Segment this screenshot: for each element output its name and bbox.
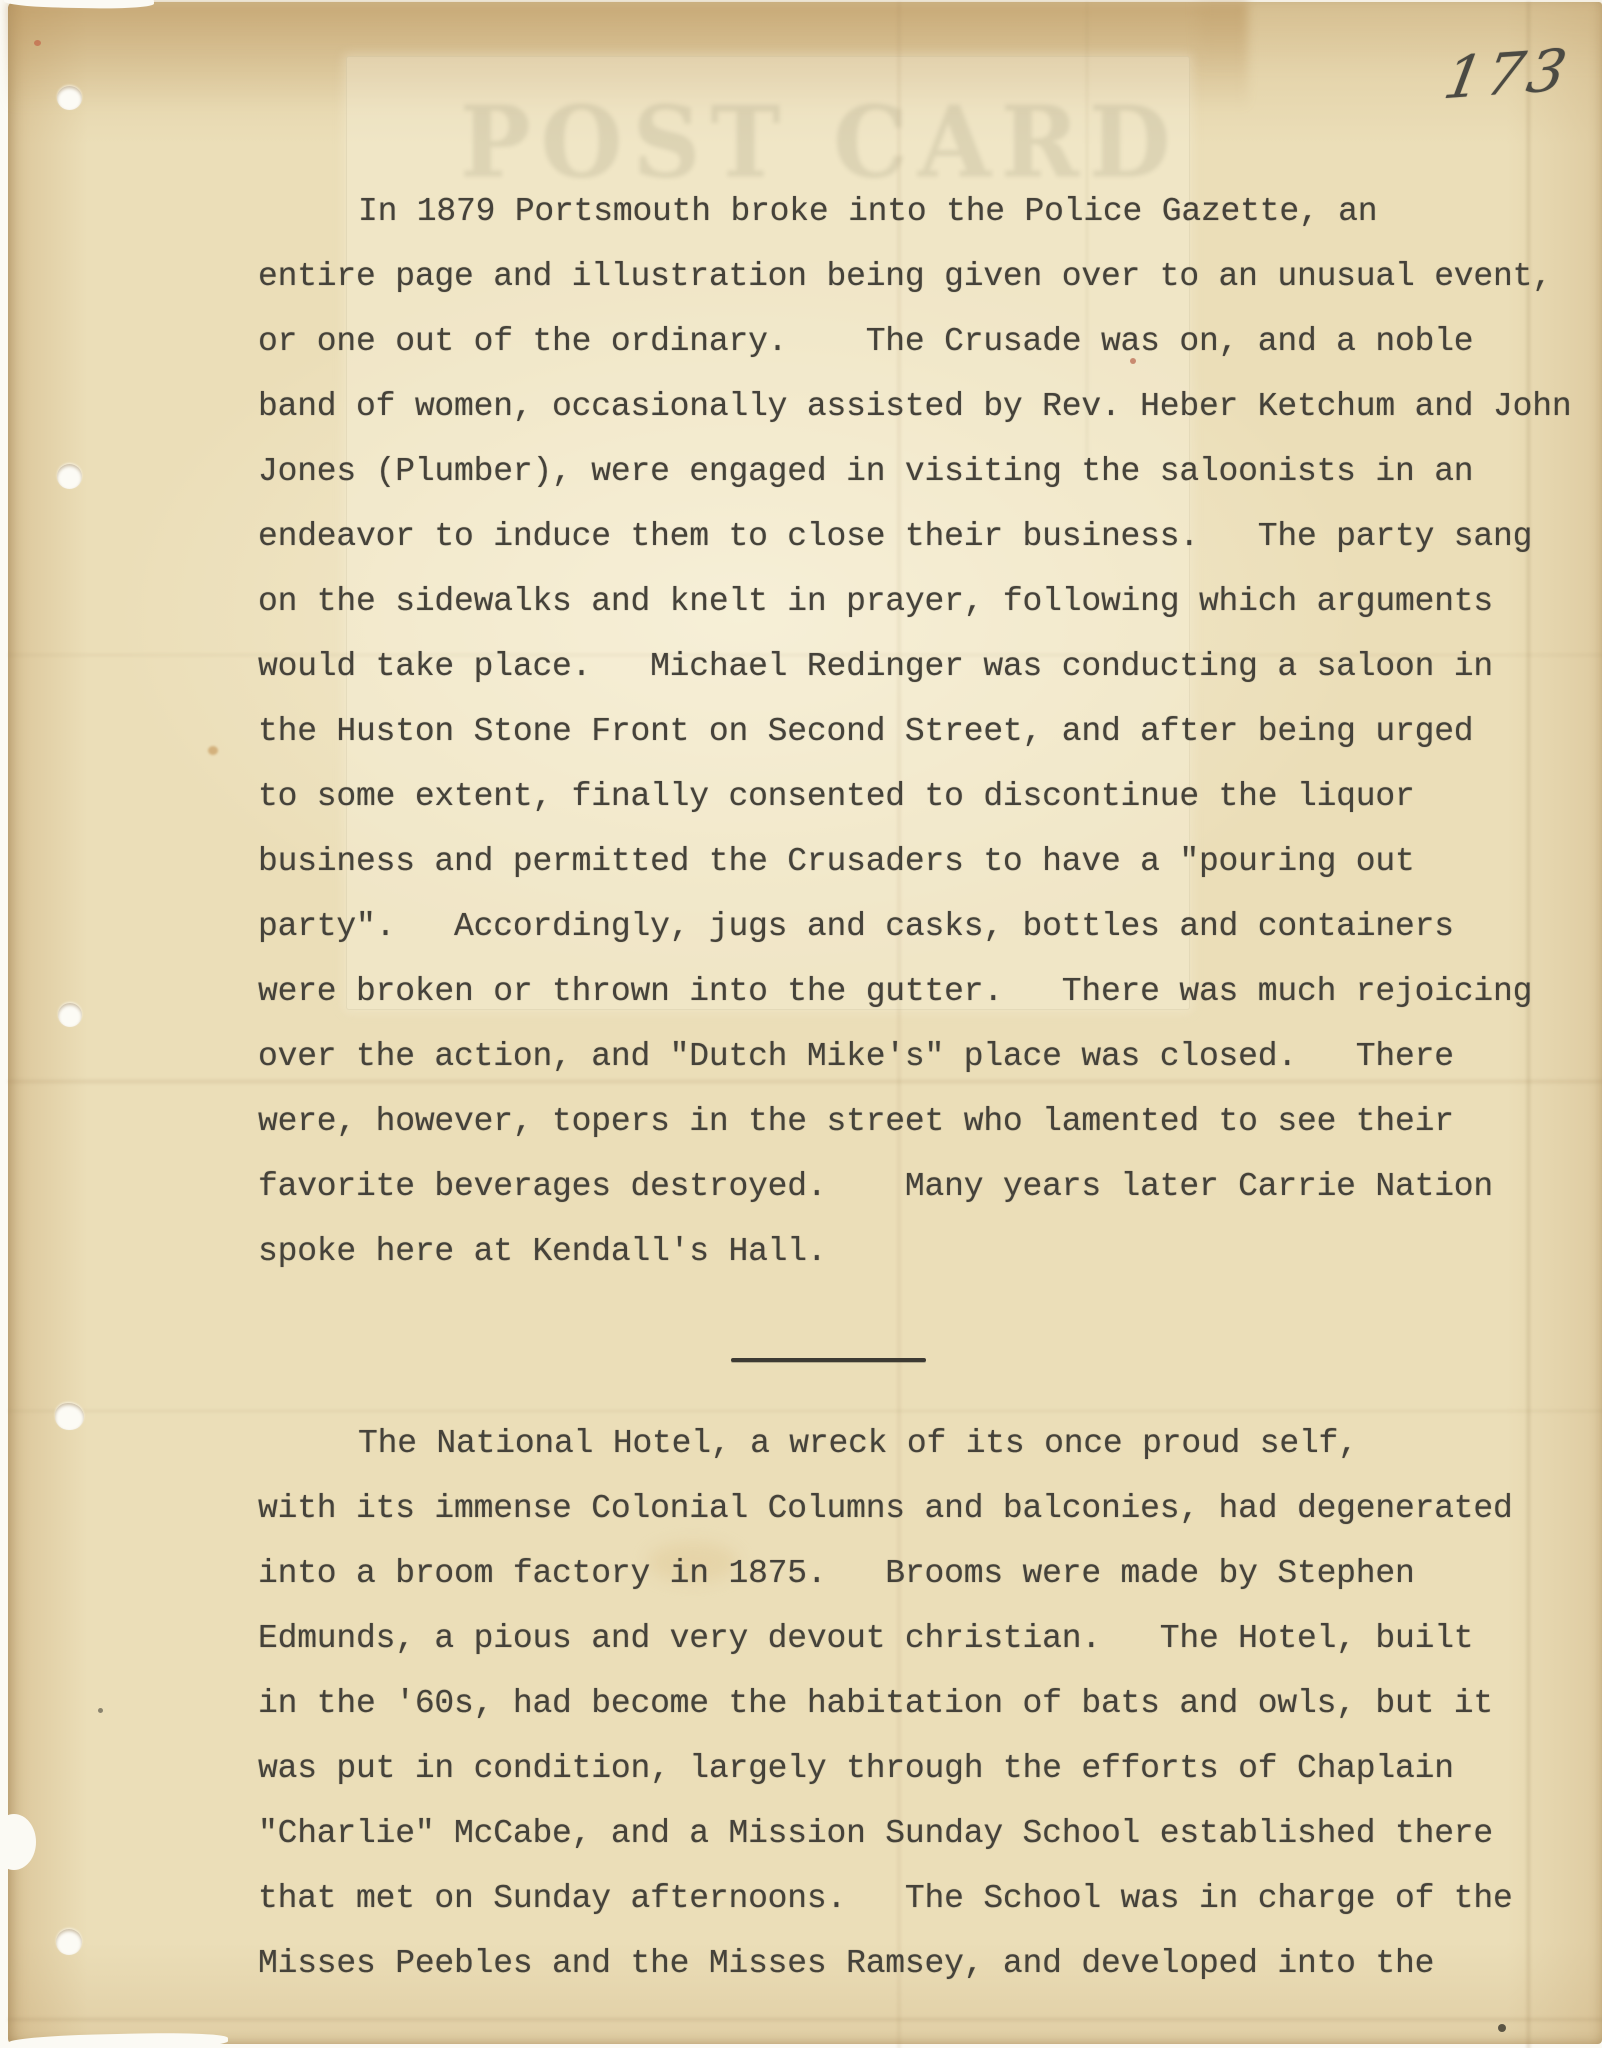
typed-line: were broken or thrown into the gutter. T…: [258, 959, 1571, 1024]
typed-line: would take place. Michael Redinger was c…: [258, 634, 1571, 699]
typed-line: entire page and illustration being given…: [258, 244, 1571, 309]
punch-hole-5: [56, 1929, 82, 1955]
typed-line: the Huston Stone Front on Second Street,…: [258, 699, 1571, 764]
dark-speck: [98, 1708, 103, 1713]
typed-line: were, however, topers in the street who …: [258, 1089, 1571, 1154]
typed-line: with its immense Colonial Columns and ba…: [258, 1476, 1513, 1541]
typed-line: was put in condition, largely through th…: [258, 1736, 1513, 1801]
typed-line: Misses Peebles and the Misses Ramsey, an…: [258, 1931, 1513, 1996]
typed-line: In 1879 Portsmouth broke into the Police…: [258, 179, 1571, 244]
red-speck-top-left: [34, 40, 41, 46]
page-number-handwritten: 173: [1439, 36, 1576, 112]
dark-ink-fleck: [1498, 2024, 1506, 2032]
typed-line: into a broom factory in 1875. Brooms wer…: [258, 1541, 1513, 1606]
torn-edge-notch: [0, 1814, 36, 1870]
punch-hole-4: [55, 1403, 84, 1430]
rust-stain-spot: [208, 746, 218, 755]
paper-sheet: POST CARD 173 In 1879 Portsmouth broke i…: [8, 2, 1602, 2044]
typed-line: "Charlie" McCabe, and a Mission Sunday S…: [258, 1801, 1513, 1866]
section-divider-line: [731, 1358, 926, 1362]
typed-line: favorite beverages destroyed. Many years…: [258, 1154, 1571, 1219]
typed-line: or one out of the ordinary. The Crusade …: [258, 309, 1571, 374]
typed-line: Edmunds, a pious and very devout christi…: [258, 1606, 1513, 1671]
typed-line: The National Hotel, a wreck of its once …: [258, 1411, 1513, 1476]
typed-line: band of women, occasionally assisted by …: [258, 374, 1571, 439]
punch-hole-2: [57, 464, 82, 489]
typed-line: on the sidewalks and knelt in prayer, fo…: [258, 569, 1571, 634]
typed-line: in the '60s, had become the habitation o…: [258, 1671, 1513, 1736]
typed-line: party". Accordingly, jugs and casks, bot…: [258, 894, 1571, 959]
typed-line: that met on Sunday afternoons. The Schoo…: [258, 1866, 1513, 1931]
typed-line: to some extent, finally consented to dis…: [258, 764, 1571, 829]
typed-line: Jones (Plumber), were engaged in visitin…: [258, 439, 1571, 504]
typed-line: endeavor to induce them to close their b…: [258, 504, 1571, 569]
bottom-left-edge-sliver: [8, 2032, 228, 2048]
scanned-document-page: POST CARD 173 In 1879 Portsmouth broke i…: [0, 0, 1602, 2048]
horizontal-crease-bottom: [8, 2018, 1602, 2021]
punch-hole-1: [57, 86, 82, 110]
typed-paragraph-1: In 1879 Portsmouth broke into the Police…: [258, 179, 1571, 1284]
typed-line: over the action, and "Dutch Mike's" plac…: [258, 1024, 1571, 1089]
typed-line: business and permitted the Crusaders to …: [258, 829, 1571, 894]
typed-paragraph-2: The National Hotel, a wreck of its once …: [258, 1411, 1513, 1996]
typed-line: spoke here at Kendall's Hall.: [258, 1219, 1571, 1284]
punch-hole-3: [58, 1003, 82, 1027]
